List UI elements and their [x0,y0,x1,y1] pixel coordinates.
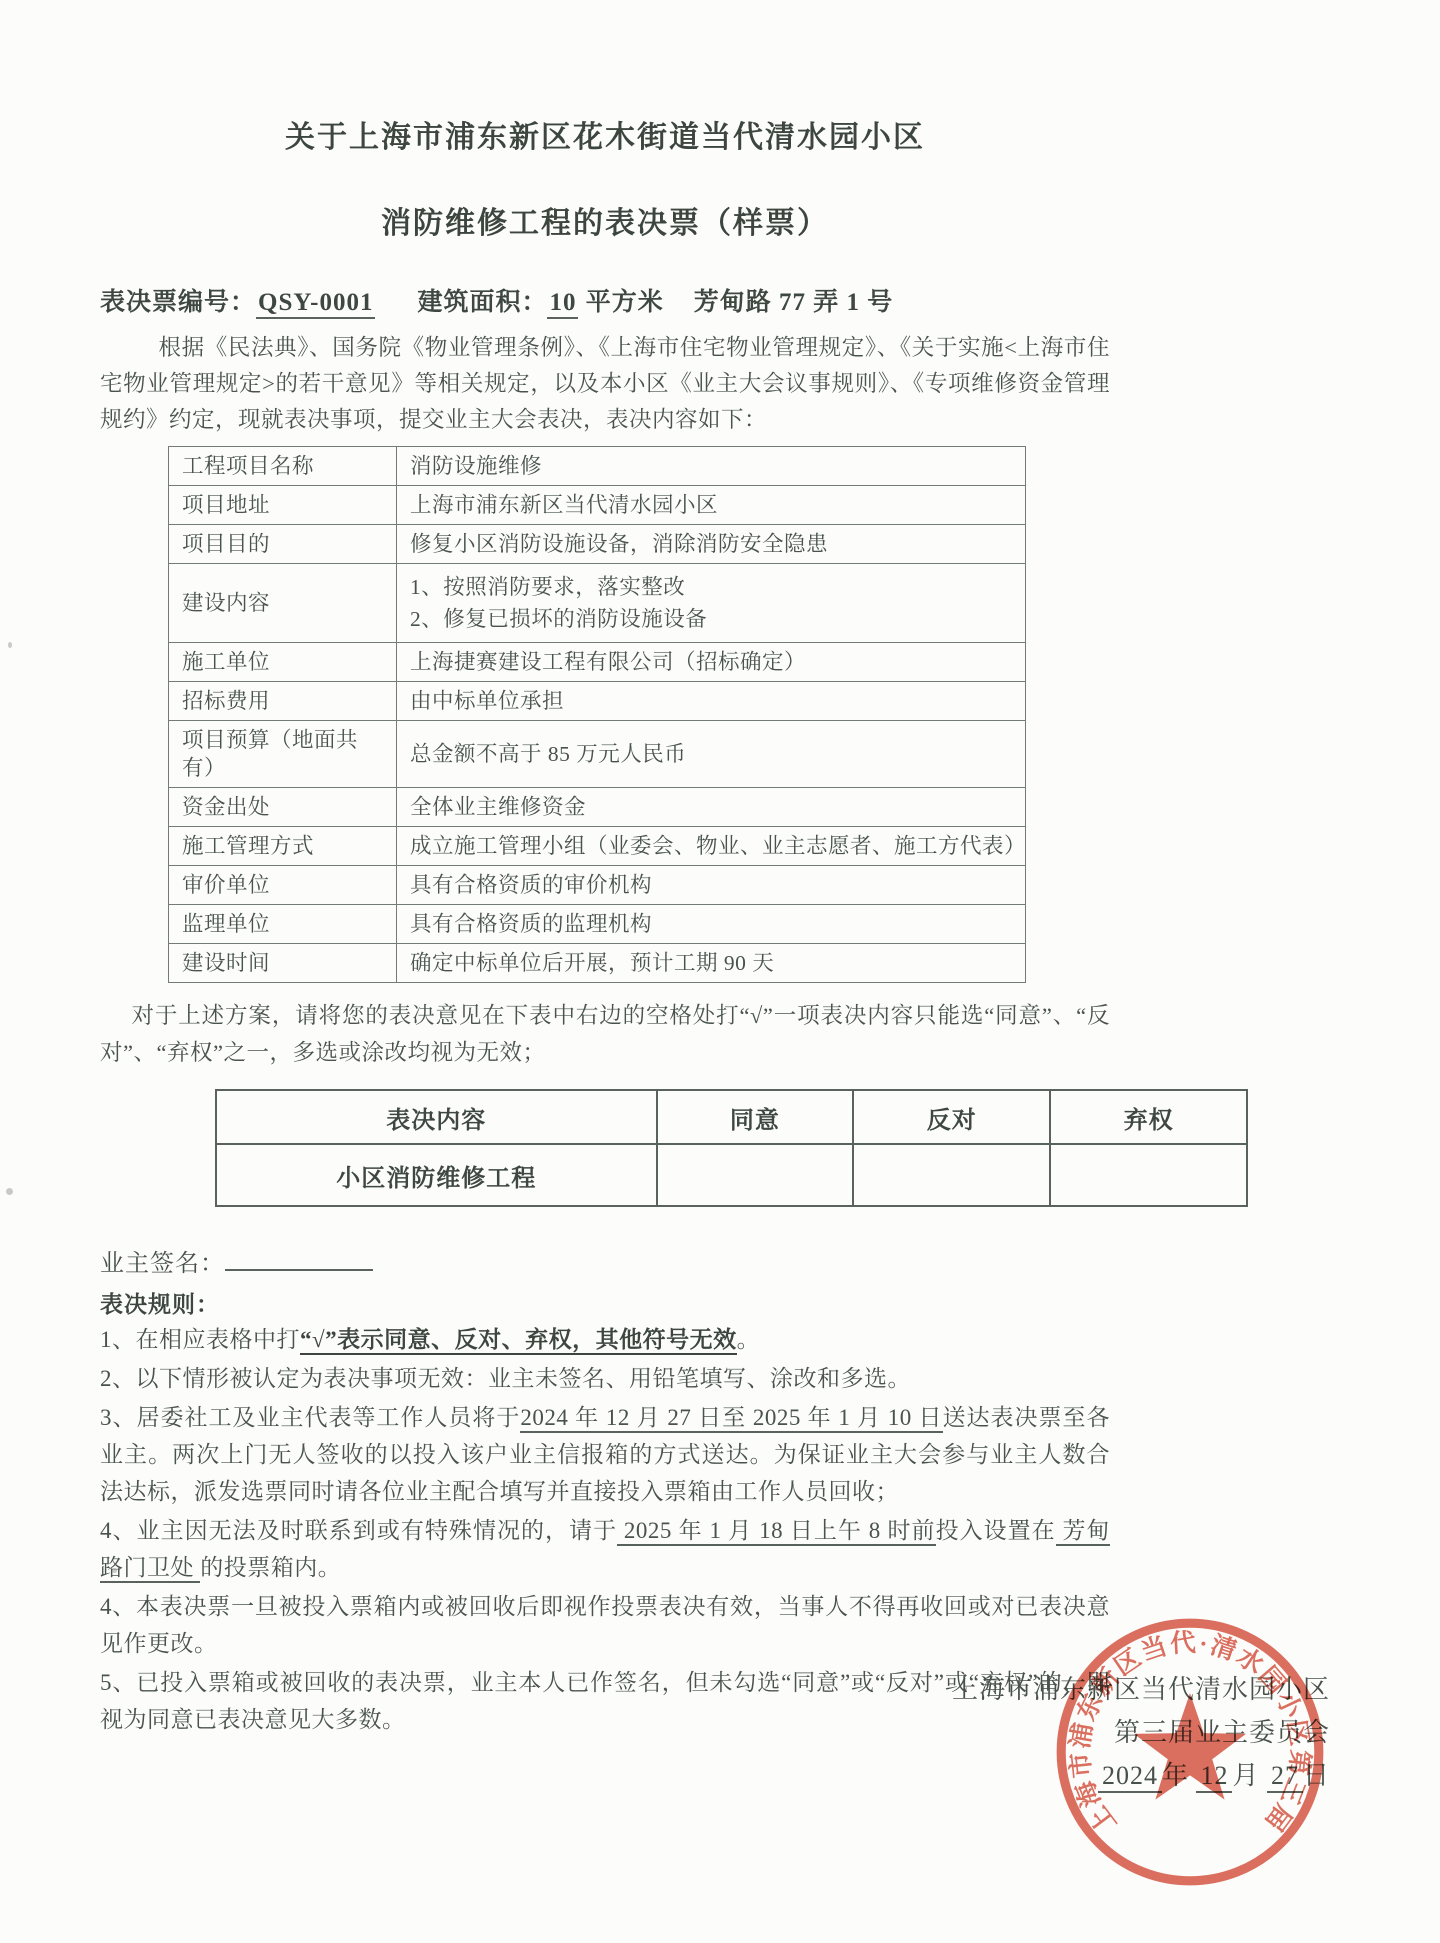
row-value-line2: 2、修复已损坏的消防设施设备 [410,605,1017,633]
building-area-unit: 平方米 [586,289,664,316]
rule-3: 3、居委社工及业主代表等工作人员将于2024 年 12 月 27 日至 2025… [100,1399,1110,1510]
row-label: 建设时间 [169,944,397,983]
row-label: 招标费用 [169,682,397,721]
doc-title-line2: 消防维修工程的表决票（样票） [100,198,1110,242]
vote-cell-abstain [1050,1144,1247,1206]
row-value: 上海市浦东新区当代清水园小区 [397,486,1026,525]
vote-item-label: 小区消防维修工程 [216,1144,657,1206]
rule-1-post: 。 [737,1327,761,1352]
row-value: 确定中标单位后开展，预计工期 90 天 [397,944,1026,983]
row-label: 工程项目名称 [169,447,397,486]
rule-3-date-range: 2024 年 12 月 27 日至 2025 年 1 月 10 日 [520,1405,942,1433]
scan-artifact [8,642,12,648]
rule-4a-mid: 投入设置在 [936,1518,1056,1543]
building-area-label: 建筑面积： [417,289,547,316]
row-value: 具有合格资质的审价机构 [397,866,1026,905]
table-row: 建设时间 确定中标单位后开展，预计工期 90 天 [169,944,1026,983]
ballot-meta-line: 表决票编号：QSY-0001建筑面积：10 平方米芳甸路 77 弄 1 号 [100,282,1110,318]
rule-4a-post: 的投票箱内。 [200,1555,341,1580]
row-label: 审价单位 [169,866,397,905]
vote-table: 表决内容 同意 反对 弃权 小区消防维修工程 [215,1089,1248,1207]
row-value: 由中标单位承担 [397,682,1026,721]
row-label: 施工管理方式 [169,827,397,866]
row-value: 上海捷赛建设工程有限公司（招标确定） [397,643,1026,682]
vote-cell-oppose [853,1144,1050,1206]
owner-signature-label: 业主签名： [100,1251,225,1277]
intro-paragraph: 根据《民法典》、国务院《物业管理条例》、《上海市住宅物业管理规定》、《关于实施<… [100,330,1110,438]
row-value-line1: 1、按照消防要求，落实整改 [410,573,1017,601]
row-value: 全体业主维修资金 [397,788,1026,827]
ballot-number-label: 表决票编号： [100,289,256,316]
table-row: 建设内容 1、按照消防要求，落实整改 2、修复已损坏的消防设施设备 [169,564,1026,643]
signature-blank-field [225,1247,373,1271]
rule-3-pre: 3、居委社工及业主代表等工作人员将于 [100,1405,520,1430]
table-row: 资金出处 全体业主维修资金 [169,788,1026,827]
rule-1: 1、在相应表格中打“√”表示同意、反对、弃权，其他符号无效。 [100,1321,1110,1358]
table-row: 项目目的 修复小区消防设施设备，消除消防安全隐患 [169,525,1026,564]
ballot-number-value: QSY-0001 [256,289,375,319]
rule-1-emphasis: “√”表示同意、反对、弃权，其他符号无效 [300,1327,737,1355]
row-value: 总金额不高于 85 万元人民币 [397,721,1026,788]
owner-signature-line: 业主签名： [100,1243,1110,1278]
building-area-value: 10 [547,289,578,319]
rules-heading: 表决规则： [100,1286,1110,1319]
rule-4b: 4、本表决票一旦被投入票箱内或被回收后即视作投票表决有效，当事人不得再收回或对已… [100,1588,1110,1662]
document-body: 关于上海市浦东新区花木街道当代清水园小区 消防维修工程的表决票（样票） 表决票编… [100,112,1110,1738]
vote-table-header-row: 表决内容 同意 反对 弃权 [216,1090,1247,1144]
rule-4a: 4、业主因无法及时联系到或有特殊情况的，请于 2025 年 1 月 18 日上午… [100,1512,1110,1586]
owner-address: 芳甸路 77 弄 1 号 [694,289,894,316]
voting-instruction: 对于上述方案，请将您的表决意见在下表中右边的空格处打“√”一项表决内容只能选“同… [100,997,1110,1071]
table-row: 项目预算（地面共有） 总金额不高于 85 万元人民币 [169,721,1026,788]
row-label: 项目预算（地面共有） [169,721,397,788]
committee-seal-stamp: 上海市浦东新区当代·清水园小区第三届业主委员会 [1048,1610,1332,1894]
row-label: 项目地址 [169,486,397,525]
star-icon [1134,1693,1246,1799]
table-row: 招标费用 由中标单位承担 [169,682,1026,721]
row-value: 消防设施维修 [397,447,1026,486]
table-row: 监理单位 具有合格资质的监理机构 [169,905,1026,944]
row-label: 建设内容 [169,564,397,643]
table-row: 审价单位 具有合格资质的审价机构 [169,866,1026,905]
row-value: 修复小区消防设施设备，消除消防安全隐患 [397,525,1026,564]
row-label: 资金出处 [169,788,397,827]
project-info-table: 工程项目名称 消防设施维修 项目地址 上海市浦东新区当代清水园小区 项目目的 修… [168,446,1026,983]
row-value: 成立施工管理小组（业委会、物业、业主志愿者、施工方代表） [397,827,1026,866]
rule-2: 2、以下情形被认定为表决事项无效：业主未签名、用铅笔填写、涂改和多选。 [100,1360,1110,1397]
vote-header-oppose: 反对 [853,1090,1050,1144]
vote-header-agree: 同意 [657,1090,854,1144]
scan-artifact [112,1568,117,1573]
doc-title-line1: 关于上海市浦东新区花木街道当代清水园小区 [100,112,1110,156]
vote-cell-agree [657,1144,854,1206]
rule-1-pre: 1、在相应表格中打 [100,1327,300,1352]
scan-artifact [6,1188,13,1195]
table-row: 施工单位 上海捷赛建设工程有限公司（招标确定） [169,643,1026,682]
row-value: 1、按照消防要求，落实整改 2、修复已损坏的消防设施设备 [397,564,1026,643]
table-row: 工程项目名称 消防设施维修 [169,447,1026,486]
row-label: 监理单位 [169,905,397,944]
row-label: 项目目的 [169,525,397,564]
vote-table-row: 小区消防维修工程 [216,1144,1247,1206]
vote-header-abstain: 弃权 [1050,1090,1247,1144]
table-row: 项目地址 上海市浦东新区当代清水园小区 [169,486,1026,525]
vote-header-content: 表决内容 [216,1090,657,1144]
rule-4a-pre: 4、业主因无法及时联系到或有特殊情况的，请于 [100,1518,617,1543]
rule-4a-deadline: 2025 年 1 月 18 日上午 8 时前 [617,1518,935,1546]
row-label: 施工单位 [169,643,397,682]
table-row: 施工管理方式 成立施工管理小组（业委会、物业、业主志愿者、施工方代表） [169,827,1026,866]
row-value: 具有合格资质的监理机构 [397,905,1026,944]
ballot-document-page: 关于上海市浦东新区花木街道当代清水园小区 消防维修工程的表决票（样票） 表决票编… [0,0,1440,1943]
